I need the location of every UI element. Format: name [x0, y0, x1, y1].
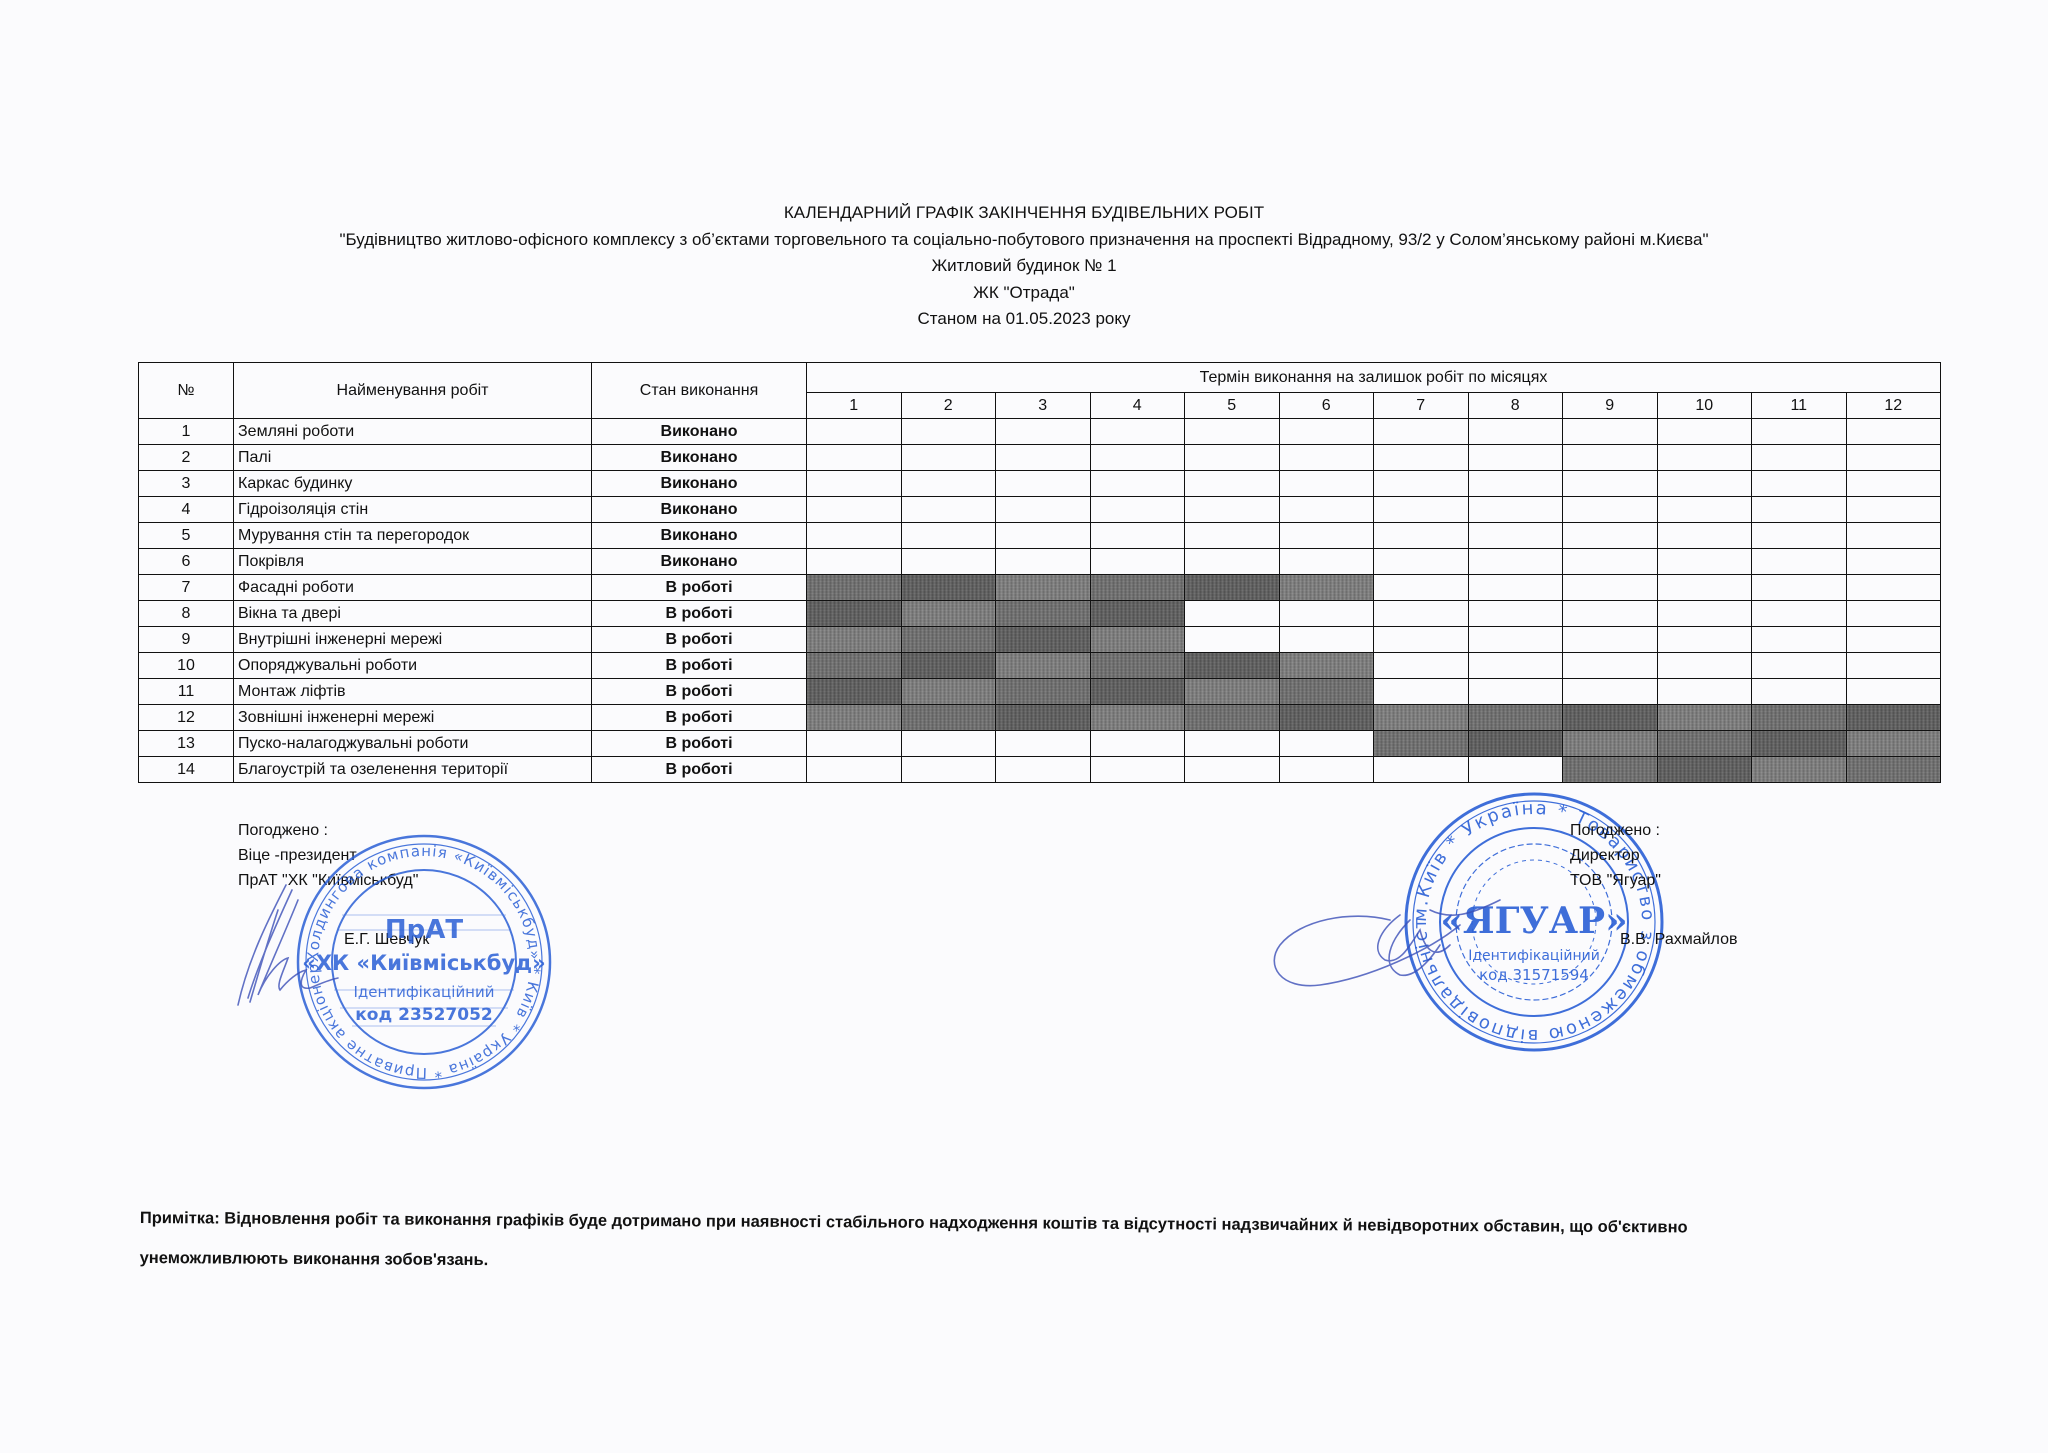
gantt-empty-cell: [1657, 679, 1752, 705]
status-cell: Виконано: [592, 419, 807, 445]
gantt-bar-cell: [1752, 705, 1847, 731]
gantt-empty-cell: [1563, 523, 1658, 549]
gantt-empty-cell: [1374, 523, 1469, 549]
gantt-empty-cell: [807, 497, 902, 523]
signature-left-icon: [228, 880, 348, 1010]
gantt-bar-cell: [1185, 705, 1280, 731]
gantt-empty-cell: [1090, 497, 1185, 523]
gantt-empty-cell: [1374, 757, 1469, 783]
gantt-empty-cell: [1279, 549, 1374, 575]
table-row: 9Внутрішні інженерні мережіВ роботі: [139, 627, 1941, 653]
gantt-empty-cell: [1374, 627, 1469, 653]
work-name: Монтаж ліфтів: [234, 679, 592, 705]
approval-right: Погоджено : Директор ТОВ "Ягуар": [1570, 818, 1661, 893]
approval-right-position: Директор: [1570, 843, 1661, 868]
table-row: 11Монтаж ліфтівВ роботі: [139, 679, 1941, 705]
gantt-empty-cell: [1657, 575, 1752, 601]
column-header-month: 3: [996, 393, 1091, 419]
status-cell: Виконано: [592, 523, 807, 549]
work-name: Вікна та двері: [234, 601, 592, 627]
gantt-empty-cell: [1185, 523, 1280, 549]
schedule-body: 1Земляні роботиВиконано2ПаліВиконано3Кар…: [139, 419, 1941, 783]
status-cell: Виконано: [592, 445, 807, 471]
row-number: 7: [139, 575, 234, 601]
table-row: 1Земляні роботиВиконано: [139, 419, 1941, 445]
gantt-empty-cell: [1090, 731, 1185, 757]
status-cell: Виконано: [592, 471, 807, 497]
column-header-month: 10: [1657, 393, 1752, 419]
gantt-bar-cell: [996, 653, 1091, 679]
table-row: 4Гідроізоляція стінВиконано: [139, 497, 1941, 523]
gantt-bar-cell: [1374, 705, 1469, 731]
gantt-empty-cell: [996, 497, 1091, 523]
gantt-empty-cell: [1468, 757, 1563, 783]
schedule-table: № Найменування робіт Стан виконання Терм…: [138, 362, 1941, 783]
svg-text:ПрАТ: ПрАТ: [385, 915, 463, 945]
gantt-bar-cell: [1279, 679, 1374, 705]
as-of-date: Станом на 01.05.2023 року: [0, 306, 2048, 333]
gantt-empty-cell: [901, 757, 996, 783]
project-name: "Будівництво житлово-офісного комплексу …: [0, 227, 2048, 254]
table-row: 7Фасадні роботиВ роботі: [139, 575, 1941, 601]
gantt-empty-cell: [1752, 549, 1847, 575]
gantt-empty-cell: [1374, 497, 1469, 523]
gantt-bar-cell: [807, 627, 902, 653]
column-header-month: 11: [1752, 393, 1847, 419]
work-name: Зовнішні інженерні мережі: [234, 705, 592, 731]
gantt-empty-cell: [901, 471, 996, 497]
gantt-empty-cell: [1279, 497, 1374, 523]
gantt-bar-cell: [1090, 653, 1185, 679]
gantt-empty-cell: [1374, 575, 1469, 601]
gantt-empty-cell: [1185, 731, 1280, 757]
gantt-empty-cell: [1846, 549, 1941, 575]
gantt-empty-cell: [1279, 419, 1374, 445]
work-name: Фасадні роботи: [234, 575, 592, 601]
column-header-num: №: [139, 363, 234, 419]
gantt-empty-cell: [1846, 679, 1941, 705]
column-header-name: Найменування робіт: [234, 363, 592, 419]
row-number: 5: [139, 523, 234, 549]
gantt-empty-cell: [1374, 601, 1469, 627]
approval-right-label: Погоджено :: [1570, 818, 1661, 843]
gantt-bar-cell: [1846, 731, 1941, 757]
gantt-empty-cell: [1563, 679, 1658, 705]
table-row: 10Опоряджувальні роботиВ роботі: [139, 653, 1941, 679]
status-cell: В роботі: [592, 601, 807, 627]
gantt-bar-cell: [1279, 653, 1374, 679]
gantt-empty-cell: [1752, 575, 1847, 601]
header-row-top: № Найменування робіт Стан виконання Терм…: [139, 363, 1941, 393]
work-name: Мурування стін та перегородок: [234, 523, 592, 549]
gantt-bar-cell: [1090, 705, 1185, 731]
column-header-month: 12: [1846, 393, 1941, 419]
gantt-empty-cell: [1090, 549, 1185, 575]
column-header-month: 9: [1563, 393, 1658, 419]
gantt-empty-cell: [1468, 679, 1563, 705]
gantt-empty-cell: [807, 549, 902, 575]
column-header-month: 7: [1374, 393, 1469, 419]
gantt-empty-cell: [1468, 419, 1563, 445]
gantt-bar-cell: [1563, 757, 1658, 783]
gantt-bar-cell: [1090, 575, 1185, 601]
gantt-bar-cell: [1563, 731, 1658, 757]
gantt-empty-cell: [1752, 419, 1847, 445]
gantt-bar-cell: [807, 679, 902, 705]
row-number: 11: [139, 679, 234, 705]
approval-right-company: ТОВ "Ягуар": [1570, 868, 1661, 893]
table-row: 12Зовнішні інженерні мережіВ роботі: [139, 705, 1941, 731]
gantt-bar-cell: [901, 627, 996, 653]
work-name: Благоустрій та озеленення території: [234, 757, 592, 783]
table-row: 6ПокрівляВиконано: [139, 549, 1941, 575]
footnote: Примітка: Відновлення робіт та виконання…: [140, 1198, 1840, 1288]
gantt-empty-cell: [1657, 497, 1752, 523]
document-header: КАЛЕНДАРНИЙ ГРАФІК ЗАКІНЧЕННЯ БУДІВЕЛЬНИ…: [0, 200, 2048, 333]
gantt-empty-cell: [1846, 523, 1941, 549]
gantt-empty-cell: [1468, 497, 1563, 523]
gantt-empty-cell: [901, 419, 996, 445]
table-row: 2ПаліВиконано: [139, 445, 1941, 471]
work-name: Опоряджувальні роботи: [234, 653, 592, 679]
gantt-bar-cell: [996, 601, 1091, 627]
gantt-bar-cell: [901, 679, 996, 705]
gantt-empty-cell: [996, 445, 1091, 471]
gantt-bar-cell: [901, 653, 996, 679]
status-cell: В роботі: [592, 653, 807, 679]
column-header-month: 5: [1185, 393, 1280, 419]
row-number: 12: [139, 705, 234, 731]
gantt-empty-cell: [1846, 653, 1941, 679]
gantt-bar-cell: [807, 601, 902, 627]
gantt-empty-cell: [996, 757, 1091, 783]
gantt-bar-cell: [901, 575, 996, 601]
table-row: 3Каркас будинкуВиконано: [139, 471, 1941, 497]
gantt-bar-cell: [1185, 653, 1280, 679]
gantt-empty-cell: [1563, 549, 1658, 575]
gantt-empty-cell: [1279, 757, 1374, 783]
gantt-empty-cell: [1279, 445, 1374, 471]
gantt-empty-cell: [1846, 419, 1941, 445]
gantt-bar-cell: [1657, 757, 1752, 783]
gantt-empty-cell: [1468, 471, 1563, 497]
work-name: Каркас будинку: [234, 471, 592, 497]
gantt-empty-cell: [996, 523, 1091, 549]
gantt-bar-cell: [901, 705, 996, 731]
gantt-bar-cell: [901, 601, 996, 627]
table-row: 13Пуско-налагоджувальні роботиВ роботі: [139, 731, 1941, 757]
signature-right-icon: [1260, 890, 1510, 1010]
gantt-empty-cell: [996, 549, 1091, 575]
gantt-empty-cell: [1657, 445, 1752, 471]
gantt-bar-cell: [1468, 731, 1563, 757]
gantt-empty-cell: [1185, 549, 1280, 575]
gantt-empty-cell: [1185, 445, 1280, 471]
gantt-empty-cell: [1279, 471, 1374, 497]
gantt-bar-cell: [1090, 679, 1185, 705]
status-cell: Виконано: [592, 549, 807, 575]
gantt-bar-cell: [1563, 705, 1658, 731]
gantt-empty-cell: [1563, 575, 1658, 601]
gantt-empty-cell: [1563, 601, 1658, 627]
building-name: Житловий будинок № 1: [0, 253, 2048, 280]
gantt-empty-cell: [1185, 497, 1280, 523]
column-header-month: 8: [1468, 393, 1563, 419]
gantt-empty-cell: [1185, 757, 1280, 783]
gantt-empty-cell: [1563, 419, 1658, 445]
row-number: 6: [139, 549, 234, 575]
gantt-empty-cell: [1752, 445, 1847, 471]
status-cell: В роботі: [592, 575, 807, 601]
gantt-empty-cell: [1279, 523, 1374, 549]
gantt-bar-cell: [1185, 679, 1280, 705]
column-header-month: 4: [1090, 393, 1185, 419]
column-header-month: 1: [807, 393, 902, 419]
work-name: Земляні роботи: [234, 419, 592, 445]
gantt-empty-cell: [1563, 627, 1658, 653]
gantt-empty-cell: [1846, 575, 1941, 601]
gantt-empty-cell: [1468, 445, 1563, 471]
gantt-empty-cell: [807, 419, 902, 445]
gantt-empty-cell: [1657, 627, 1752, 653]
table-row: 14Благоустрій та озеленення територіїВ р…: [139, 757, 1941, 783]
gantt-bar-cell: [807, 575, 902, 601]
complex-name: ЖК "Отрада": [0, 280, 2048, 307]
gantt-empty-cell: [1846, 497, 1941, 523]
gantt-empty-cell: [1752, 653, 1847, 679]
gantt-empty-cell: [1279, 627, 1374, 653]
gantt-empty-cell: [1090, 471, 1185, 497]
column-header-timeline: Термін виконання на залишок робіт по міс…: [807, 363, 1941, 393]
gantt-empty-cell: [1374, 445, 1469, 471]
row-number: 13: [139, 731, 234, 757]
gantt-empty-cell: [1279, 731, 1374, 757]
gantt-empty-cell: [1846, 627, 1941, 653]
work-name: Гідроізоляція стін: [234, 497, 592, 523]
table-row: 5Мурування стін та перегородокВиконано: [139, 523, 1941, 549]
gantt-empty-cell: [1468, 575, 1563, 601]
gantt-bar-cell: [1752, 757, 1847, 783]
gantt-empty-cell: [1090, 419, 1185, 445]
gantt-empty-cell: [901, 445, 996, 471]
row-number: 3: [139, 471, 234, 497]
gantt-bar-cell: [1279, 575, 1374, 601]
gantt-empty-cell: [901, 497, 996, 523]
row-number: 9: [139, 627, 234, 653]
row-number: 2: [139, 445, 234, 471]
gantt-empty-cell: [1846, 471, 1941, 497]
table-row: 8Вікна та дверіВ роботі: [139, 601, 1941, 627]
gantt-bar-cell: [1279, 705, 1374, 731]
gantt-empty-cell: [1563, 471, 1658, 497]
gantt-bar-cell: [1090, 627, 1185, 653]
gantt-empty-cell: [807, 757, 902, 783]
gantt-bar-cell: [996, 575, 1091, 601]
gantt-empty-cell: [901, 523, 996, 549]
gantt-bar-cell: [1657, 731, 1752, 757]
gantt-empty-cell: [1374, 679, 1469, 705]
gantt-empty-cell: [1185, 471, 1280, 497]
gantt-empty-cell: [807, 471, 902, 497]
work-name: Внутрішні інженерні мережі: [234, 627, 592, 653]
gantt-bar-cell: [1468, 705, 1563, 731]
gantt-empty-cell: [1185, 419, 1280, 445]
gantt-bar-cell: [1657, 705, 1752, 731]
work-name: Покрівля: [234, 549, 592, 575]
gantt-empty-cell: [1090, 445, 1185, 471]
svg-text:код 23527052: код 23527052: [355, 1005, 493, 1025]
work-name: Пуско-налагоджувальні роботи: [234, 731, 592, 757]
gantt-empty-cell: [1185, 601, 1280, 627]
status-cell: В роботі: [592, 705, 807, 731]
status-cell: Виконано: [592, 497, 807, 523]
gantt-bar-cell: [996, 705, 1091, 731]
gantt-empty-cell: [1090, 523, 1185, 549]
row-number: 10: [139, 653, 234, 679]
gantt-empty-cell: [1563, 445, 1658, 471]
gantt-empty-cell: [1185, 627, 1280, 653]
gantt-empty-cell: [1657, 601, 1752, 627]
gantt-empty-cell: [1846, 445, 1941, 471]
document-title: КАЛЕНДАРНИЙ ГРАФІК ЗАКІНЧЕННЯ БУДІВЕЛЬНИ…: [0, 200, 2048, 227]
gantt-bar-cell: [996, 679, 1091, 705]
gantt-empty-cell: [1279, 601, 1374, 627]
gantt-bar-cell: [1090, 601, 1185, 627]
approval-right-signatory: В.В. Рахмайлов: [1620, 927, 1737, 952]
gantt-empty-cell: [1657, 549, 1752, 575]
gantt-empty-cell: [996, 731, 1091, 757]
gantt-empty-cell: [1090, 757, 1185, 783]
gantt-empty-cell: [1657, 523, 1752, 549]
status-cell: В роботі: [592, 627, 807, 653]
gantt-empty-cell: [1374, 549, 1469, 575]
work-name: Палі: [234, 445, 592, 471]
gantt-empty-cell: [1752, 679, 1847, 705]
gantt-empty-cell: [1374, 653, 1469, 679]
row-number: 8: [139, 601, 234, 627]
gantt-empty-cell: [996, 419, 1091, 445]
column-header-month: 2: [901, 393, 996, 419]
gantt-empty-cell: [1374, 471, 1469, 497]
gantt-empty-cell: [807, 523, 902, 549]
gantt-empty-cell: [1468, 627, 1563, 653]
status-cell: В роботі: [592, 731, 807, 757]
gantt-empty-cell: [807, 731, 902, 757]
gantt-bar-cell: [807, 705, 902, 731]
gantt-empty-cell: [1846, 601, 1941, 627]
gantt-bar-cell: [996, 627, 1091, 653]
row-number: 4: [139, 497, 234, 523]
column-header-month: 6: [1279, 393, 1374, 419]
gantt-empty-cell: [901, 731, 996, 757]
gantt-empty-cell: [1468, 549, 1563, 575]
status-cell: В роботі: [592, 757, 807, 783]
gantt-empty-cell: [1752, 601, 1847, 627]
gantt-empty-cell: [1374, 419, 1469, 445]
row-number: 14: [139, 757, 234, 783]
gantt-bar-cell: [1185, 575, 1280, 601]
row-number: 1: [139, 419, 234, 445]
gantt-bar-cell: [807, 653, 902, 679]
svg-text:Ідентифікаційний: Ідентифікаційний: [354, 983, 495, 1001]
gantt-empty-cell: [1657, 471, 1752, 497]
gantt-empty-cell: [1752, 627, 1847, 653]
gantt-empty-cell: [1752, 471, 1847, 497]
gantt-bar-cell: [1846, 705, 1941, 731]
gantt-empty-cell: [1657, 419, 1752, 445]
gantt-empty-cell: [1563, 497, 1658, 523]
gantt-bar-cell: [1752, 731, 1847, 757]
gantt-empty-cell: [1563, 653, 1658, 679]
gantt-empty-cell: [1468, 601, 1563, 627]
gantt-empty-cell: [1752, 497, 1847, 523]
gantt-empty-cell: [1468, 653, 1563, 679]
gantt-empty-cell: [1468, 523, 1563, 549]
gantt-empty-cell: [1752, 523, 1847, 549]
status-cell: В роботі: [592, 679, 807, 705]
gantt-empty-cell: [996, 471, 1091, 497]
gantt-bar-cell: [1374, 731, 1469, 757]
gantt-empty-cell: [807, 445, 902, 471]
gantt-empty-cell: [1657, 653, 1752, 679]
gantt-empty-cell: [901, 549, 996, 575]
gantt-bar-cell: [1846, 757, 1941, 783]
column-header-status: Стан виконання: [592, 363, 807, 419]
